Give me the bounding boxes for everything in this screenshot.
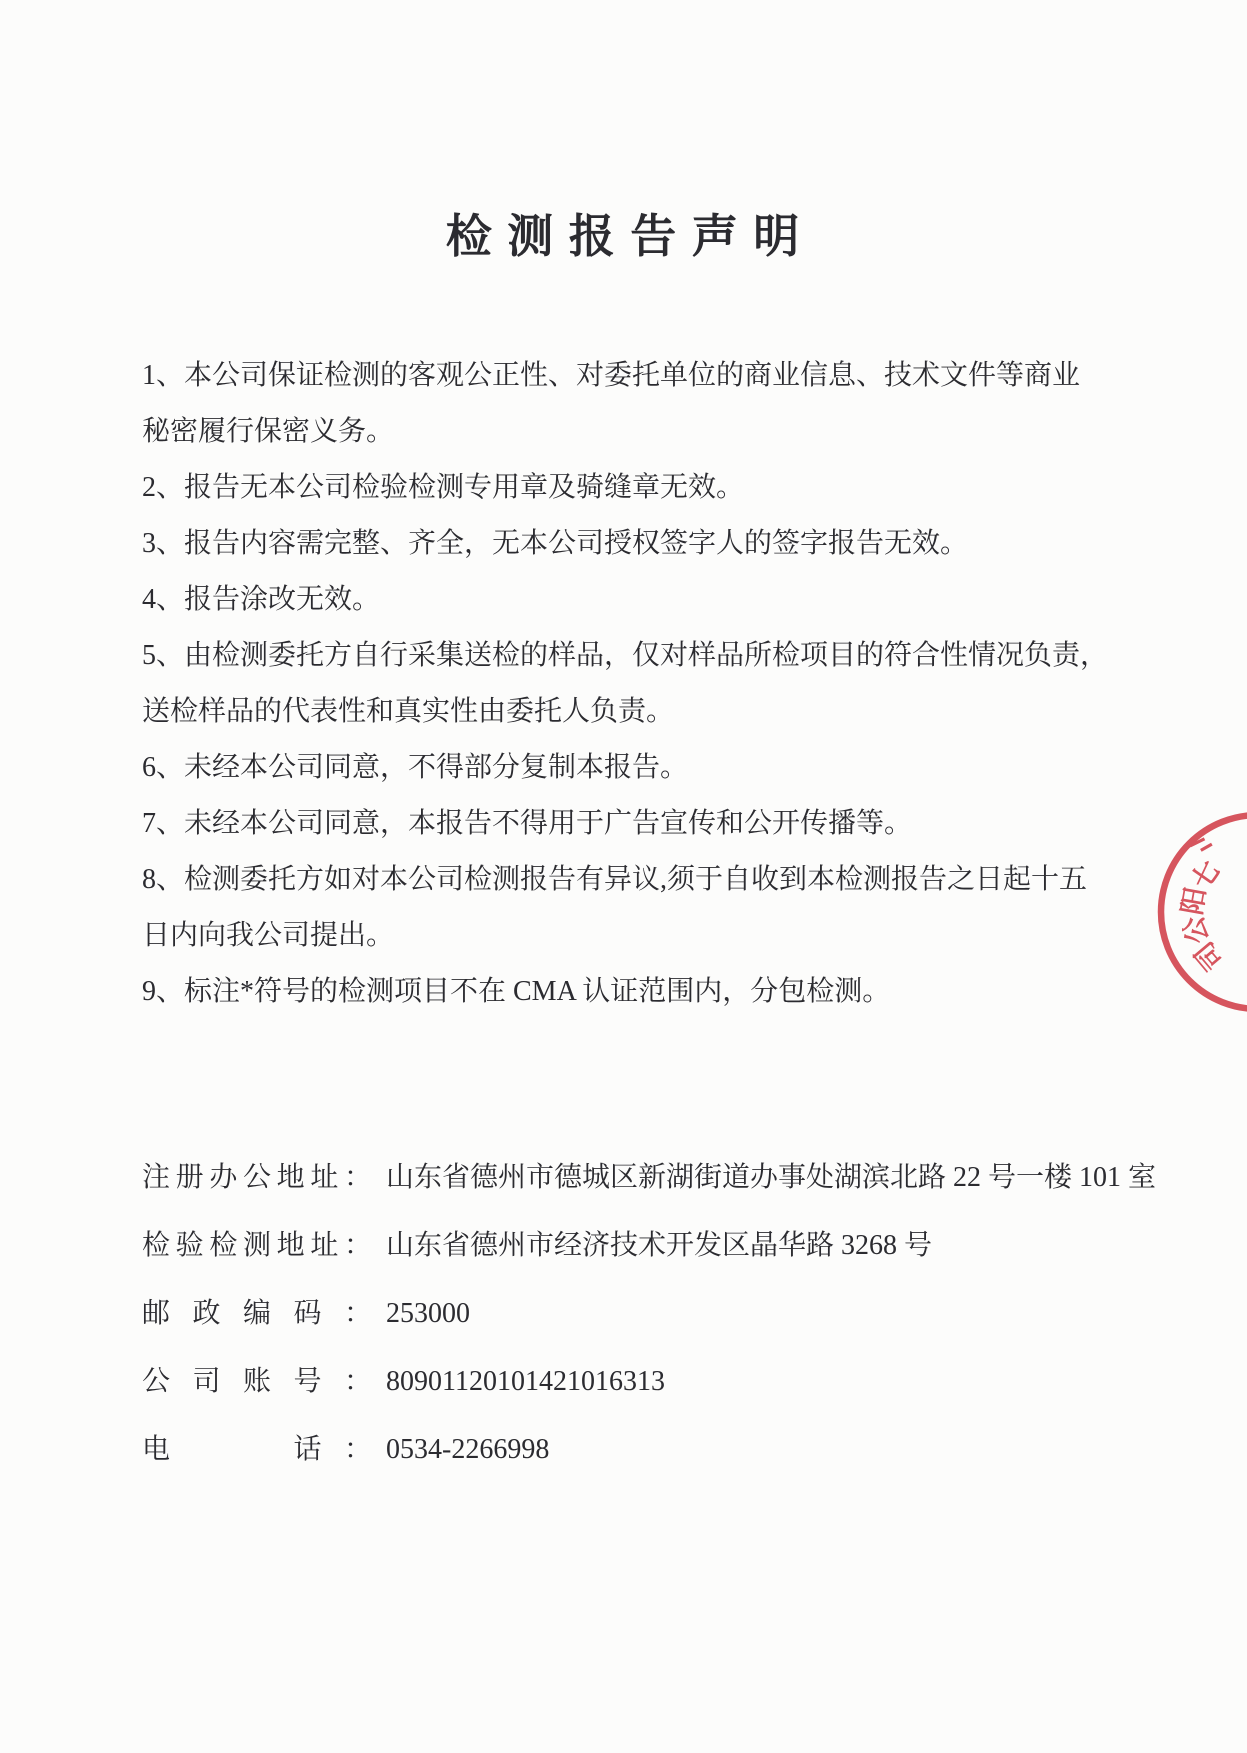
statement-item-6: 6、未经本公司同意，不得部分复制本报告。	[142, 740, 1150, 796]
page-title: 检 测 报 告 声 明	[0, 200, 1247, 266]
contact-label: 注册办公地址：	[142, 1158, 372, 1198]
statement-item-1: 1、本公司保证检测的客观公正性、对委托单位的商业信息、技术文件等商业 秘密履行保…	[142, 348, 1150, 460]
statement-item-7: 7、未经本公司同意，本报告不得用于广告宣传和公开传播等。	[142, 796, 1150, 852]
contact-label: 检验检测地址：	[142, 1226, 372, 1266]
contact-label: 电 话：	[142, 1430, 372, 1470]
postal-code-row: 邮政编码：253000	[142, 1294, 1152, 1334]
statement-item-8: 8、检测委托方如对本公司检测报告有异议,须于自收到本检测报告之日起十五 日内向我…	[142, 852, 1150, 964]
inspection-address-row: 检验检测地址：山东省德州市经济技术开发区晶华路 3268 号	[142, 1226, 1152, 1266]
statement-item-3: 3、报告内容需完整、齐全，无本公司授权签字人的签字报告无效。	[142, 516, 1150, 572]
statement-line: 1、本公司保证检测的客观公正性、对委托单位的商业信息、技术文件等商业	[142, 348, 1150, 404]
contact-label: 邮政编码：	[142, 1294, 372, 1334]
statement-item-4: 4、报告涂改无效。	[142, 572, 1150, 628]
contact-value: 253000	[386, 1294, 470, 1334]
contact-value: 80901120101421016313	[386, 1362, 665, 1402]
contact-value: 0534-2266998	[386, 1430, 549, 1470]
contact-label: 公司账号：	[142, 1362, 372, 1402]
statement-line: 送检样品的代表性和真实性由委托人负责。	[142, 684, 1150, 740]
statement-line: 7、未经本公司同意，本报告不得用于广告宣传和公开传播等。	[142, 796, 1150, 852]
company-account-row: 公司账号：80901120101421016313	[142, 1362, 1152, 1402]
registered-office-address-row: 注册办公地址：山东省德州市德城区新湖街道办事处湖滨北路 22 号一楼 101 室	[142, 1158, 1152, 1198]
statement-line: 3、报告内容需完整、齐全，无本公司授权签字人的签字报告无效。	[142, 516, 1150, 572]
telephone-row: 电 话：0534-2266998	[142, 1430, 1152, 1470]
statement-item-9: 9、标注*符号的检测项目不在 CMA 认证范围内，分包检测。	[142, 964, 1150, 1020]
statement-line: 8、检测委托方如对本公司检测报告有异议,须于自收到本检测报告之日起十五	[142, 852, 1150, 908]
statement-line: 2、报告无本公司检验检测专用章及骑缝章无效。	[142, 460, 1150, 516]
statement-line: 秘密履行保密义务。	[142, 404, 1150, 460]
statement-line: 6、未经本公司同意，不得部分复制本报告。	[142, 740, 1150, 796]
contact-info-block: 注册办公地址：山东省德州市德城区新湖街道办事处湖滨北路 22 号一楼 101 室…	[142, 1158, 1152, 1498]
statement-list: 1、本公司保证检测的客观公正性、对委托单位的商业信息、技术文件等商业 秘密履行保…	[142, 348, 1150, 1020]
statement-line: 日内向我公司提出。	[142, 908, 1150, 964]
statement-line: 5、由检测委托方自行采集送检的样品，仅对样品所检项目的符合性情况负责，	[142, 628, 1150, 684]
statement-item-5: 5、由检测委托方自行采集送检的样品，仅对样品所检项目的符合性情况负责， 送检样品…	[142, 628, 1150, 740]
report-declaration-page: 检 测 报 告 声 明 1、本公司保证检测的客观公正性、对委托单位的商业信息、技…	[0, 0, 1247, 1753]
stamp-character: 阳	[1177, 885, 1211, 917]
statement-item-2: 2、报告无本公司检验检测专用章及骑缝章无效。	[142, 460, 1150, 516]
statement-line: 4、报告涂改无效。	[142, 572, 1150, 628]
contact-value: 山东省德州市德城区新湖街道办事处湖滨北路 22 号一楼 101 室	[386, 1158, 1156, 1198]
statement-line: 9、标注*符号的检测项目不在 CMA 认证范围内，分包检测。	[142, 964, 1150, 1020]
company-seal-stamp: 七 阳 公 司	[1150, 800, 1247, 1025]
contact-value: 山东省德州市经济技术开发区晶华路 3268 号	[386, 1226, 932, 1266]
